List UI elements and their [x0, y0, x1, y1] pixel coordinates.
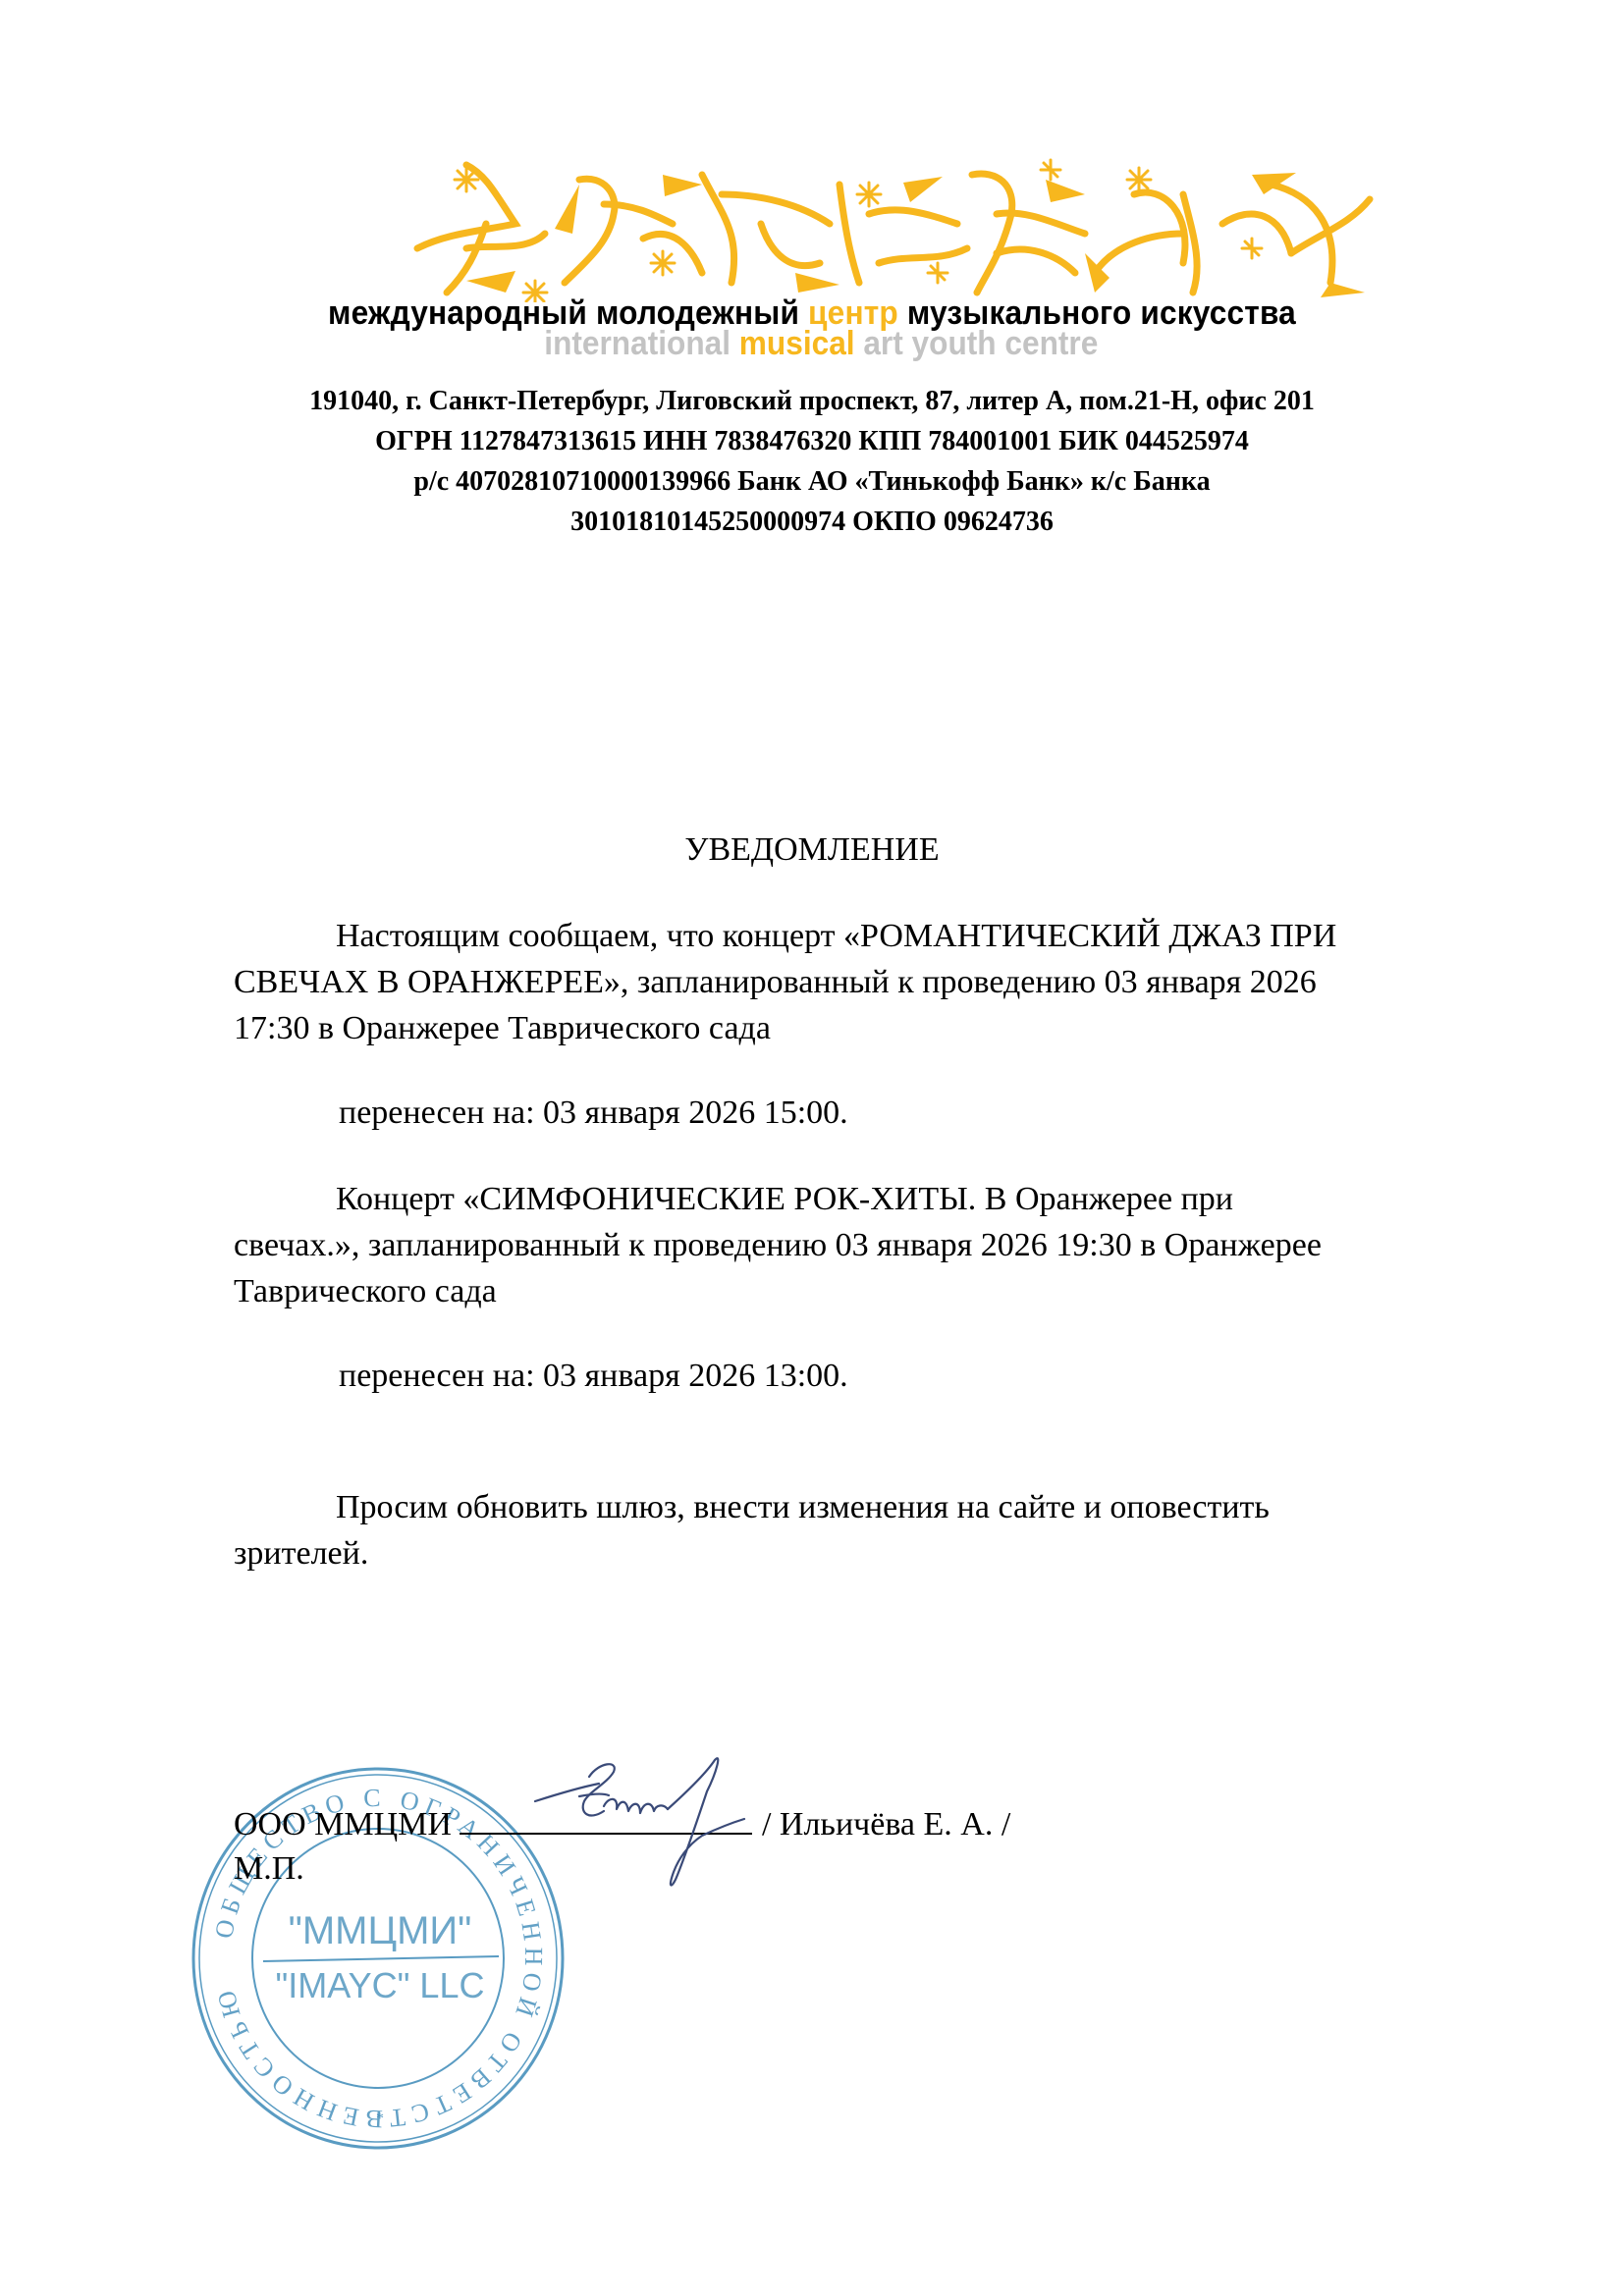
paragraph-line: Таврического сада [234, 1268, 1490, 1314]
notice-paragraph-1: Настоящим сообщаем, что концерт «РОМАНТИ… [234, 913, 1490, 1051]
paragraph-line: свечах.», запланированный к проведению 0… [234, 1222, 1490, 1268]
reschedule-notice-1: перенесен на: 03 января 2026 15:00. [339, 1090, 848, 1136]
org-name-en: international musical art youth centre [57, 326, 1567, 361]
notice-paragraph-2: Концерт «СИМФОНИЧЕСКИЕ РОК-ХИТЫ. В Оранж… [234, 1176, 1490, 1314]
signatory-organization: ООО ММЦМИ [234, 1806, 452, 1842]
signatory-name: / Ильичёва Е. А. / [762, 1806, 1010, 1842]
paragraph-line: зрителей. [234, 1530, 1490, 1576]
paragraph-line: 17:30 в Оранжерее Таврического сада [234, 1005, 1490, 1051]
paragraph-line: СВЕЧАХ В ОРАНЖЕРЕЕ», запланированный к п… [234, 959, 1490, 1005]
seal-place-label: М.П. [234, 1845, 304, 1892]
signature-line [460, 1799, 752, 1835]
stamp-star-icon: * [376, 2110, 384, 2127]
address-line: 191040, г. Санкт-Петербург, Лиговский пр… [0, 381, 1624, 421]
company-requisites: 191040, г. Санкт-Петербург, Лиговский пр… [0, 381, 1624, 542]
calligraphic-logo-icon [407, 155, 1375, 302]
stamp-center-top: "ММЦМИ" [289, 1909, 472, 1952]
paragraph-line: Настоящим сообщаем, что концерт «РОМАНТИ… [234, 913, 1490, 959]
org-name-en-part1: international [544, 325, 739, 362]
paragraph-line: Просим обновить шлюз, внести изменения н… [234, 1484, 1490, 1530]
request-paragraph: Просим обновить шлюз, внести изменения н… [234, 1484, 1490, 1576]
paragraph-line: Концерт «СИМФОНИЧЕСКИЕ РОК-ХИТЫ. В Оранж… [234, 1176, 1490, 1222]
bank-account-line: р/с 40702810710000139966 Банк АО «Тинько… [0, 461, 1624, 502]
org-name-en-accent: musical [739, 325, 855, 362]
reschedule-notice-2: перенесен на: 03 января 2026 13:00. [339, 1353, 848, 1399]
correspondent-account-line: 30101810145250000974 ОКПО 09624736 [0, 502, 1624, 542]
stamp-center-bottom: "IMAYC" LLC [276, 1965, 485, 2005]
org-name-en-part2: art youth centre [855, 325, 1099, 362]
registration-line: ОГРН 1127847313615 ИНН 7838476320 КПП 78… [0, 421, 1624, 461]
document-title: УВЕДОМЛЕНИЕ [0, 827, 1624, 873]
signature-row: ООО ММЦМИ/ Ильичёва Е. А. / [234, 1799, 1010, 1847]
